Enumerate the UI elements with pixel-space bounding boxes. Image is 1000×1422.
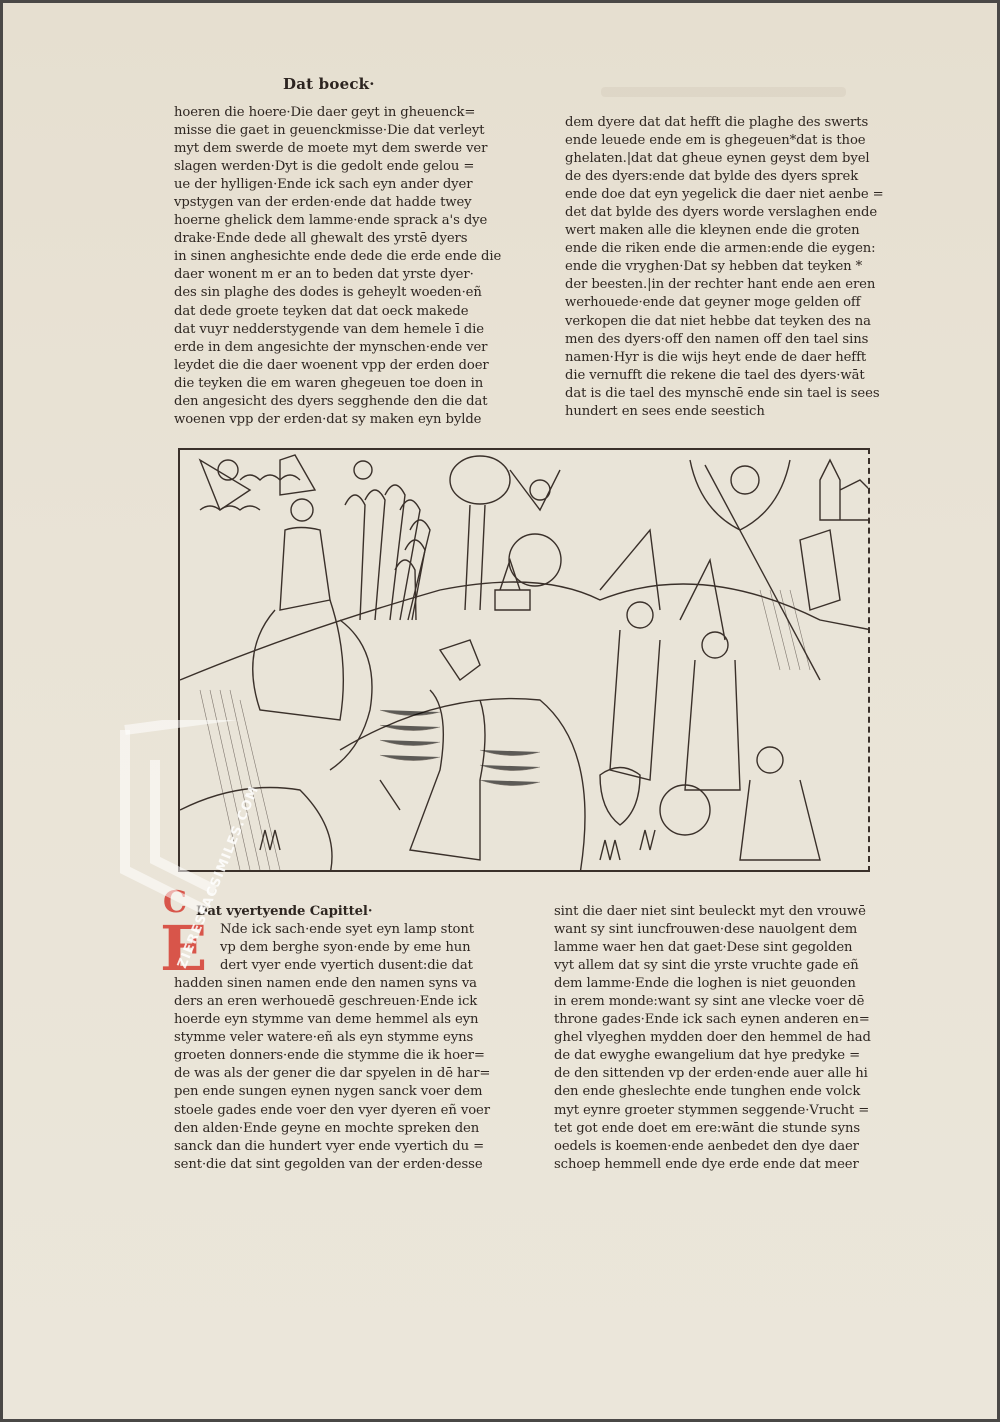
text-line: in sinen anghesichte ende dede die erde … (174, 248, 501, 266)
text-line: ende leuede ende em is ghegeuen*dat is t… (565, 132, 884, 150)
text-line: de des dyers:ende dat bylde des dyers sp… (565, 168, 884, 186)
text-line: wert maken alle die kleynen ende die gro… (565, 222, 884, 240)
text-line: vpstygen van der erden·ende dat hadde tw… (174, 194, 501, 212)
text-line: de den sittenden vp der erden·ende auer … (554, 1065, 871, 1083)
text-line: des sin plaghe des dodes is geheylt woed… (174, 284, 501, 302)
woodcut-drawing (180, 450, 870, 872)
text-line: ghel vlyeghen mydden doer den hemmel de … (554, 1029, 871, 1047)
text-line: ende die vryghen·Dat sy hebben dat teyke… (565, 258, 884, 276)
text-line: stymme veler watere·eñ als eyn stymme ey… (174, 1029, 490, 1047)
text-line: vyt allem dat sy sint die yrste vruchte … (554, 957, 871, 975)
text-line: drake·Ende dede all ghewalt des yrstē dy… (174, 230, 501, 248)
text-line: sint die daer niet sint beuleckt myt den… (554, 903, 871, 921)
text-line: ende doe dat eyn yegelick die daer niet … (565, 186, 884, 204)
text-line: den angesicht des dyers segghende den di… (174, 393, 501, 411)
text-line: dert vyer ende vyertich dusent:die dat (174, 957, 490, 975)
text-line: den ende gheslechte ende tunghen ende vo… (554, 1083, 871, 1101)
text-line: dem dyere dat dat hefft die plaghe des s… (565, 114, 884, 132)
text-line: hoerne ghelick dem lamme·ende sprack a's… (174, 212, 501, 230)
text-line: dem lamme·Ende die loghen is niet geuond… (554, 975, 871, 993)
text-line: myt eynre groeter stymmen seggende·Vruch… (554, 1102, 871, 1120)
text-line: hadden sinen namen ende den namen syns v… (174, 975, 490, 993)
text-line: ghelaten.|dat dat gheue eynen geyst dem … (565, 150, 884, 168)
text-column-top-right: dem dyere dat dat hefft die plaghe des s… (565, 114, 884, 421)
text-line: oedels is koemen·ende aenbedet den dye d… (554, 1138, 871, 1156)
text-column-top-left: hoeren die hoere·Die daer geyt in gheuen… (174, 104, 501, 429)
text-line: dat is die tael des mynschē ende sin tae… (565, 385, 884, 403)
text-line: de dat ewyghe ewangelium dat hye predyke… (554, 1047, 871, 1065)
text-line: lamme waer hen dat gaet·Dese sint gegold… (554, 939, 871, 957)
text-line: dat vuyr nedderstygende van dem hemele ī… (174, 321, 501, 339)
text-line: misse die gaet in geuenckmisse·Die dat v… (174, 122, 501, 140)
text-line: hoeren die hoere·Die daer geyt in gheuen… (174, 104, 501, 122)
text-line: slagen werden·Dyt is die gedolt ende gel… (174, 158, 501, 176)
chapter-title: Dat vyertyende Capittel· (174, 903, 490, 921)
woodcut-illustration (178, 448, 870, 872)
text-line: verkopen die dat niet hebbe dat teyken d… (565, 313, 884, 331)
text-line: throne gades·Ende ick sach eynen anderen… (554, 1011, 871, 1029)
text-line: den alden·Ende geyne en mochte spreken d… (174, 1120, 490, 1138)
bleed-through-text (601, 87, 846, 97)
text-line: stoele gades ende voer den vyer dyeren e… (174, 1102, 490, 1120)
text-line: ue der hylligen·Ende ick sach eyn ander … (174, 176, 501, 194)
text-line: die vernufft die rekene die tael des dye… (565, 367, 884, 385)
text-line: die teyken die em waren ghegeuen toe doe… (174, 375, 501, 393)
text-line: vp dem berghe syon·ende by eme hun (174, 939, 490, 957)
text-line: hundert en sees ende seestich (565, 403, 884, 421)
text-line: Nde ick sach·ende syet eyn lamp stont (174, 921, 490, 939)
text-line: tet got ende doet em ere:wānt die stunde… (554, 1120, 871, 1138)
text-line: men des dyers·off den namen off den tael… (565, 331, 884, 349)
text-line: leydet die die daer woenent vpp der erde… (174, 357, 501, 375)
running-head: Dat boeck· (283, 75, 375, 93)
text-line: in erem monde:want sy sint ane vlecke vo… (554, 993, 871, 1011)
text-line: ende die riken ende die armen:ende die e… (565, 240, 884, 258)
text-line: schoep hemmell ende dye erde ende dat me… (554, 1156, 871, 1174)
text-line: daer wonent m er an to beden dat yrste d… (174, 266, 501, 284)
text-line: pen ende sungen eynen nygen sanck voer d… (174, 1083, 490, 1101)
text-line: namen·Hyr is die wijs heyt ende de daer … (565, 349, 884, 367)
text-line: sanck dan die hundert vyer ende vyertich… (174, 1138, 490, 1156)
text-line: werhouede·ende dat geyner moge gelden of… (565, 294, 884, 312)
text-line: sent·die dat sint gegolden van der erden… (174, 1156, 490, 1174)
text-line: hoerde eyn stymme van deme hemmel als ey… (174, 1011, 490, 1029)
text-line: der beesten.|in der rechter hant ende ae… (565, 276, 884, 294)
text-line: ders an eren werhouedē geschreuen·Ende i… (174, 993, 490, 1011)
text-column-bottom-left: Dat vyertyende Capittel· Nde ick sach·en… (174, 903, 490, 1174)
text-line: myt dem swerde de moete myt dem swerde v… (174, 140, 501, 158)
text-line: det dat bylde des dyers worde verslaghen… (565, 204, 884, 222)
text-line: dat dede groete teyken dat dat oeck make… (174, 303, 501, 321)
text-line: de was als der gener die dar spyelen in … (174, 1065, 490, 1083)
text-line: woenen vpp der erden·dat sy maken eyn by… (174, 411, 501, 429)
text-line: groeten donners·ende die stymme die ik h… (174, 1047, 490, 1065)
text-column-bottom-right: sint die daer niet sint beuleckt myt den… (554, 903, 871, 1174)
text-line: erde in dem angesichte der mynschen·ende… (174, 339, 501, 357)
text-line: want sy sint iuncfrouwen·dese nauolgent … (554, 921, 871, 939)
